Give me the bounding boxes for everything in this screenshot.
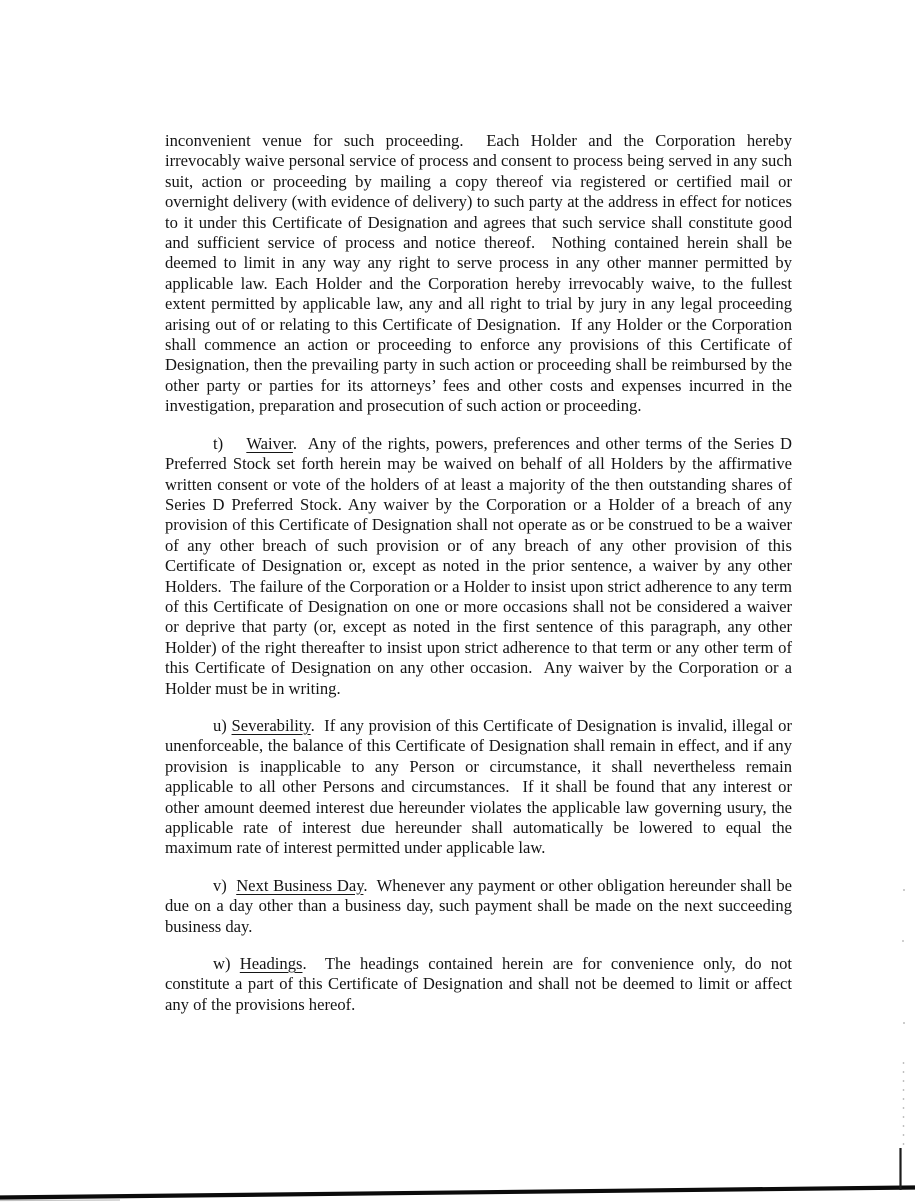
paragraph-headings: w) Headings. The headings contained here… (165, 954, 792, 1015)
paragraph-continuation: inconvenient venue for such proceeding. … (165, 131, 792, 417)
text-run: u) (213, 716, 232, 735)
paragraph-waiver: t) Waiver. Any of the rights, powers, pr… (165, 434, 792, 699)
text-run: v) (213, 876, 236, 895)
text-run: . Any of the rights, powers, preferences… (165, 434, 792, 698)
text-run: inconvenient venue for such proceeding. … (165, 131, 792, 415)
text-run: t) (213, 434, 246, 453)
document-text-block: inconvenient venue for such proceeding. … (165, 131, 792, 1015)
paragraph-next-business-day: v) Next Business Day. Whenever any payme… (165, 876, 792, 937)
text-run: w) (213, 954, 240, 973)
underlined-heading-run: Headings (240, 954, 303, 973)
scan-speck (903, 889, 905, 891)
underlined-heading-run: Severability (232, 716, 311, 735)
scan-speck (902, 940, 904, 942)
underlined-heading-run: Next Business Day (236, 876, 363, 895)
scanned-document-page: inconvenient venue for such proceeding. … (0, 0, 915, 1202)
underlined-heading-run: Waiver (246, 434, 293, 453)
scan-artifact-bottom-line (0, 1188, 915, 1198)
scan-speck (903, 1022, 905, 1024)
paragraph-severability: u) Severability. If any provision of thi… (165, 716, 792, 859)
text-run: . If any provision of this Certificate o… (165, 716, 792, 857)
scan-artifact-bottom-smudge (0, 1200, 120, 1201)
